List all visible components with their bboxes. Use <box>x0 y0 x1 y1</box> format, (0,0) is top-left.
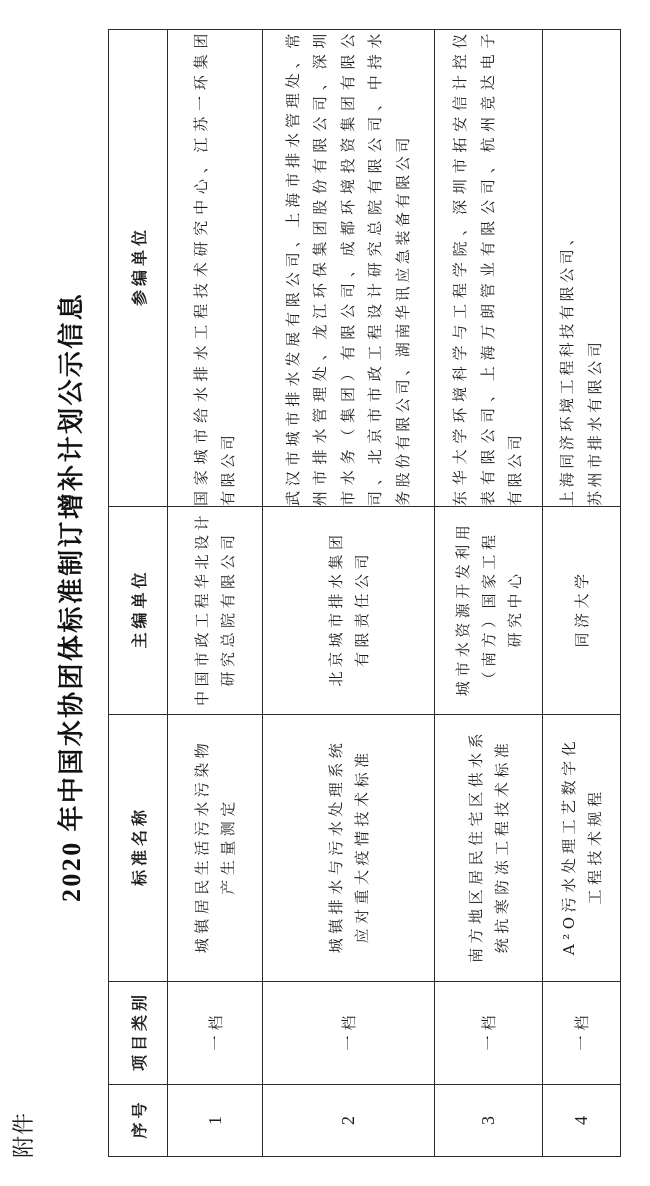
header-index: 序号 <box>109 1085 168 1157</box>
participants-line: 市水务（集团）有限公司、成都环境投资集团有限公 <box>335 30 363 506</box>
header-category: 项目类别 <box>109 982 168 1085</box>
participants-line: 上海同济环境工程科技有限公司、 <box>554 30 582 506</box>
header-participants-label: 参编单位 <box>130 226 149 310</box>
table-row: 4 一档 A²O污水处理工艺数字化 工程技术规程 同济大学 上海同济环境工程科技… <box>543 30 621 1157</box>
chief-editor-cell: 中国市政工程华北设计 研究总院有限公司 <box>168 507 263 715</box>
participants-cell: 国家城市给水排水工程技术研究中心、江苏一环集团 有限公司 <box>168 30 263 507</box>
chief-editor-line: 北京城市排水集团 <box>323 507 349 714</box>
chief-editor-line: 有限责任公司 <box>349 507 375 714</box>
chief-editor-cell: 城市水资源开发利用 （南方）国家工程 研究中心 <box>435 507 543 715</box>
chief-editor-line: 城市水资源开发利用 <box>450 507 476 714</box>
participants-line: 务股份有限公司、湖南华讯应急装备有限公司 <box>390 30 418 506</box>
participants-line: 有限公司 <box>502 30 530 506</box>
document-title: 2020 年中国水协团体标准制订增补计划公示信息 <box>58 292 86 902</box>
participants-line: 武汉市城市排水发展有限公司、上海市排水管理处、常 <box>280 30 308 506</box>
standard-name-cell: 城镇居民生活污水污染物 产生量测定 <box>168 715 263 982</box>
standard-name-line: 产生量测定 <box>215 715 241 981</box>
attachment-label: 附件 <box>13 1112 37 1158</box>
standard-name-line: 城镇排水与污水处理系统 <box>323 715 349 981</box>
category-cell: 一档 <box>543 982 621 1085</box>
category-cell: 一档 <box>263 982 435 1085</box>
participants-line: 司、北京市市政工程设计研究总院有限公司、中持水 <box>362 30 390 506</box>
participants-line: 表有限公司、上海万朗管业有限公司、杭州竞达电子 <box>475 30 503 506</box>
chief-editor-cell: 同济大学 <box>543 507 621 715</box>
table-row: 2 一档 城镇排水与污水处理系统 应对重大疫情技术标准 北京城市排水集团 有限责… <box>263 30 435 1157</box>
standard-plan-table: 序号 项目类别 标准名称 主编单位 参编单位 1 一档 城镇居民生活污水污染物 … <box>108 29 621 1157</box>
standard-name-cell: 城镇排水与污水处理系统 应对重大疫情技术标准 <box>263 715 435 982</box>
participants-line: 苏州市排水有限公司 <box>582 30 610 506</box>
standard-name-line: 南方地区居民住宅区供水系 <box>463 715 489 981</box>
chief-editor-line: 中国市政工程华北设计 <box>189 507 215 714</box>
header-index-label: 序号 <box>130 1099 149 1143</box>
participants-line: 有限公司 <box>215 30 243 506</box>
participants-line: 州市排水管理处、龙江环保集团股份有限公司、深圳 <box>307 30 335 506</box>
table-row: 3 一档 南方地区居民住宅区供水系 统抗寒防冻工程技术标准 城市水资源开发利用 … <box>435 30 543 1157</box>
chief-editor-line: 同济大学 <box>569 507 595 714</box>
index-cell: 1 <box>168 1085 263 1157</box>
index-cell: 3 <box>435 1085 543 1157</box>
category-cell: 一档 <box>435 982 543 1085</box>
participants-line: 东华大学环境科学与工程学院、深圳市拓安信计控仪 <box>447 30 475 506</box>
index-cell: 2 <box>263 1085 435 1157</box>
participants-cell: 上海同济环境工程科技有限公司、 苏州市排水有限公司 <box>543 30 621 507</box>
chief-editor-line: 研究中心 <box>502 507 528 714</box>
participants-cell: 东华大学环境科学与工程学院、深圳市拓安信计控仪 表有限公司、上海万朗管业有限公司… <box>435 30 543 507</box>
project-category: 一档 <box>340 1011 358 1056</box>
standard-name-line: A²O污水处理工艺数字化 <box>556 715 582 981</box>
header-standard-name-label: 标准名称 <box>130 806 149 890</box>
table-row: 1 一档 城镇居民生活污水污染物 产生量测定 中国市政工程华北设计 研究总院有限… <box>168 30 263 1157</box>
chief-editor-cell: 北京城市排水集团 有限责任公司 <box>263 507 435 715</box>
header-chief-editor-label: 主编单位 <box>130 569 149 653</box>
standard-name-cell: A²O污水处理工艺数字化 工程技术规程 <box>543 715 621 982</box>
standard-name-line: 统抗寒防冻工程技术标准 <box>489 715 515 981</box>
chief-editor-line: （南方）国家工程 <box>476 507 502 714</box>
index-cell: 4 <box>543 1085 621 1157</box>
header-chief-editor: 主编单位 <box>109 507 168 715</box>
row-index: 3 <box>478 1116 498 1125</box>
header-standard-name: 标准名称 <box>109 715 168 982</box>
category-cell: 一档 <box>168 982 263 1085</box>
header-participants: 参编单位 <box>109 30 168 507</box>
standard-name-line: 城镇居民生活污水污染物 <box>189 715 215 981</box>
participants-cell: 武汉市城市排水发展有限公司、上海市排水管理处、常 州市排水管理处、龙江环保集团股… <box>263 30 435 507</box>
standard-name-cell: 南方地区居民住宅区供水系 统抗寒防冻工程技术标准 <box>435 715 543 982</box>
row-index: 4 <box>571 1116 591 1125</box>
project-category: 一档 <box>207 1011 225 1056</box>
project-category: 一档 <box>573 1011 591 1056</box>
participants-line: 国家城市给水排水工程技术研究中心、江苏一环集团 <box>188 30 216 506</box>
header-category-label: 项目类别 <box>130 991 149 1075</box>
chief-editor-line: 研究总院有限公司 <box>215 507 241 714</box>
table-header-row: 序号 项目类别 标准名称 主编单位 参编单位 <box>109 30 168 1157</box>
rotated-document-page: 附件 2020 年中国水协团体标准制订增补计划公示信息 序号 项目类别 标准名称… <box>0 0 650 1186</box>
project-category: 一档 <box>480 1011 498 1056</box>
row-index: 2 <box>338 1116 358 1125</box>
standard-name-line: 工程技术规程 <box>582 715 608 981</box>
row-index: 1 <box>205 1116 225 1125</box>
standard-name-line: 应对重大疫情技术标准 <box>349 715 375 981</box>
